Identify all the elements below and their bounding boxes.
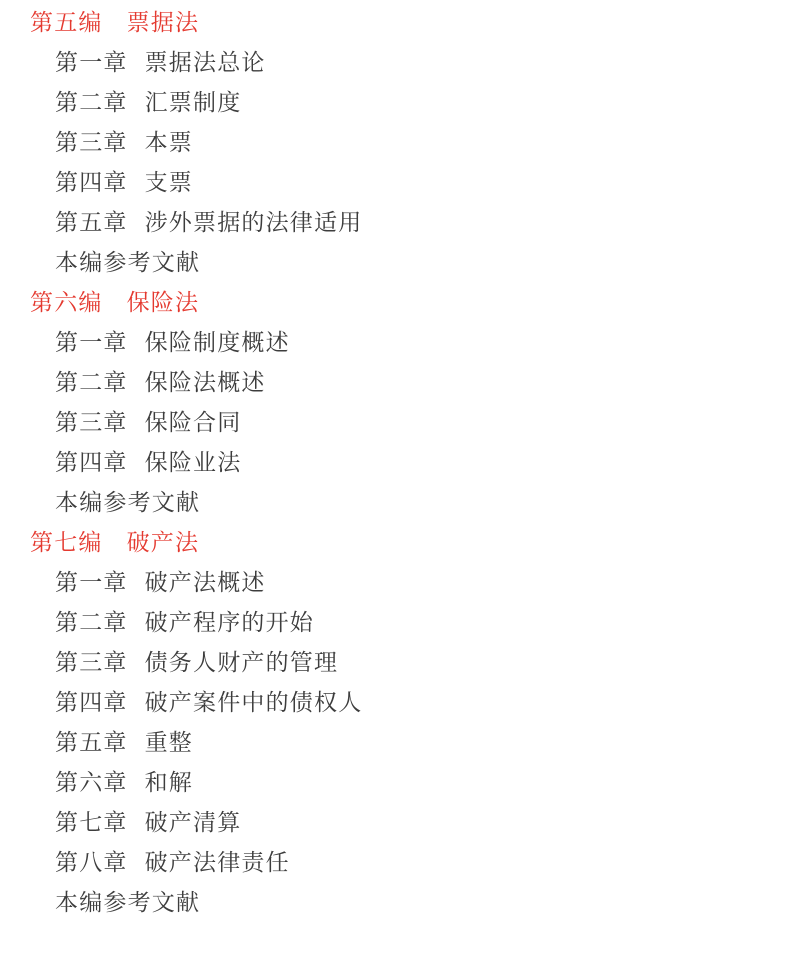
part-title-label: 票据法: [127, 2, 200, 42]
part-number-label: 第七编: [30, 522, 103, 562]
chapter-row: 第一章破产法概述: [0, 562, 790, 602]
chapter-title-label: 破产清算: [145, 802, 242, 842]
chapter-title-label: 票据法总论: [145, 42, 266, 82]
chapter-number-label: 第六章: [55, 762, 128, 802]
chapter-row: 第三章债务人财产的管理: [0, 642, 790, 682]
section-references-label: 本编参考文献: [0, 482, 790, 522]
part-header: 第六编保险法: [0, 282, 790, 322]
chapter-number-label: 第二章: [55, 602, 128, 642]
chapter-title-label: 汇票制度: [145, 82, 242, 122]
chapter-title-label: 破产案件中的债权人: [145, 682, 363, 722]
section-references-label: 本编参考文献: [0, 242, 790, 282]
chapter-number-label: 第七章: [55, 802, 128, 842]
chapter-row: 第四章破产案件中的债权人: [0, 682, 790, 722]
chapter-number-label: 第三章: [55, 402, 128, 442]
chapter-title-label: 破产法律责任: [145, 842, 290, 882]
part-title-label: 保险法: [127, 282, 200, 322]
chapter-row: 第四章保险业法: [0, 442, 790, 482]
chapter-title-label: 破产法概述: [145, 562, 266, 602]
chapter-title-label: 保险合同: [145, 402, 242, 442]
chapter-row: 第三章本票: [0, 122, 790, 162]
toc-section: 第七编破产法第一章破产法概述第二章破产程序的开始第三章债务人财产的管理第四章破产…: [0, 522, 790, 922]
chapter-row: 第一章保险制度概述: [0, 322, 790, 362]
chapter-number-label: 第八章: [55, 842, 128, 882]
toc-section: 第五编票据法第一章票据法总论第二章汇票制度第三章本票第四章支票第五章涉外票据的法…: [0, 2, 790, 282]
chapter-title-label: 保险制度概述: [145, 322, 290, 362]
chapter-number-label: 第二章: [55, 362, 128, 402]
chapter-row: 第二章汇票制度: [0, 82, 790, 122]
chapter-title-label: 本票: [145, 122, 193, 162]
chapter-row: 第八章破产法律责任: [0, 842, 790, 882]
part-header: 第五编票据法: [0, 2, 790, 42]
chapter-title-label: 破产程序的开始: [145, 602, 314, 642]
part-title-label: 破产法: [127, 522, 200, 562]
chapter-number-label: 第四章: [55, 162, 128, 202]
chapter-title-label: 债务人财产的管理: [145, 642, 339, 682]
section-references-label: 本编参考文献: [0, 882, 790, 922]
chapter-row: 第三章保险合同: [0, 402, 790, 442]
chapter-number-label: 第一章: [55, 562, 128, 602]
chapter-row: 第二章破产程序的开始: [0, 602, 790, 642]
part-number-label: 第六编: [30, 282, 103, 322]
chapter-row: 第七章破产清算: [0, 802, 790, 842]
part-number-label: 第五编: [30, 2, 103, 42]
chapter-number-label: 第四章: [55, 682, 128, 722]
chapter-title-label: 涉外票据的法律适用: [145, 202, 363, 242]
chapter-number-label: 第一章: [55, 322, 128, 362]
chapter-title-label: 重整: [145, 722, 193, 762]
chapter-number-label: 第四章: [55, 442, 128, 482]
table-of-contents: 第五编票据法第一章票据法总论第二章汇票制度第三章本票第四章支票第五章涉外票据的法…: [0, 0, 790, 922]
chapter-number-label: 第五章: [55, 722, 128, 762]
chapter-title-label: 保险业法: [145, 442, 242, 482]
chapter-row: 第五章涉外票据的法律适用: [0, 202, 790, 242]
chapter-number-label: 第三章: [55, 642, 128, 682]
chapter-title-label: 支票: [145, 162, 193, 202]
chapter-title-label: 和解: [145, 762, 193, 802]
chapter-row: 第四章支票: [0, 162, 790, 202]
chapter-row: 第五章重整: [0, 722, 790, 762]
part-header: 第七编破产法: [0, 522, 790, 562]
chapter-row: 第一章票据法总论: [0, 42, 790, 82]
chapter-row: 第二章保险法概述: [0, 362, 790, 402]
chapter-title-label: 保险法概述: [145, 362, 266, 402]
chapter-number-label: 第五章: [55, 202, 128, 242]
chapter-number-label: 第二章: [55, 82, 128, 122]
toc-section: 第六编保险法第一章保险制度概述第二章保险法概述第三章保险合同第四章保险业法本编参…: [0, 282, 790, 522]
chapter-number-label: 第一章: [55, 42, 128, 82]
chapter-row: 第六章和解: [0, 762, 790, 802]
chapter-number-label: 第三章: [55, 122, 128, 162]
